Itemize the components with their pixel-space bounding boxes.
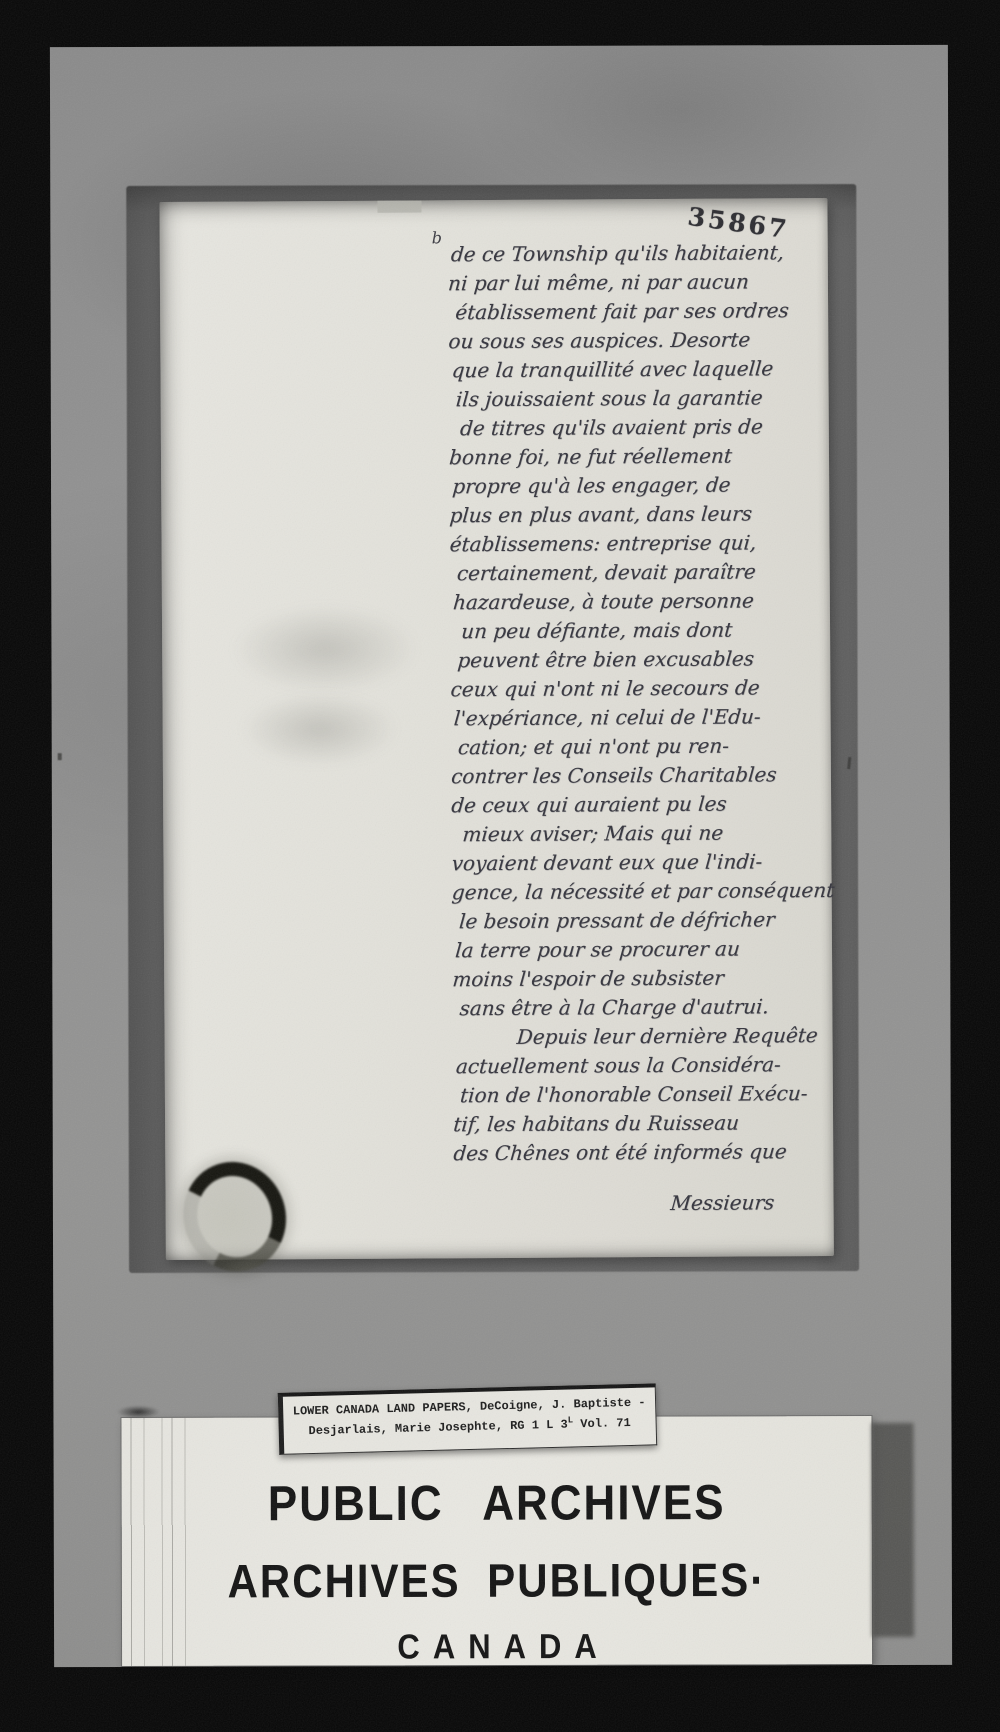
manuscript-line: tion de l'honorable Conseil Exécu- xyxy=(459,1079,835,1110)
archives-card-country: CANADA xyxy=(122,1626,872,1668)
tape-mark xyxy=(377,200,421,212)
manuscript-line: Depuis leur dernière Requête xyxy=(516,1021,835,1052)
manuscript-line: un peu défiante, mais dont xyxy=(460,615,832,646)
manuscript-closing-word: Messieurs xyxy=(670,1190,776,1215)
manuscript-line: établissemens: entreprise qui, xyxy=(449,528,832,559)
manuscript-line: bonne foi, ne fut réellement xyxy=(448,441,831,472)
manuscript-line: ils jouissaient sous la garantie xyxy=(455,383,831,414)
manuscript-line: moins l'espoir de subsister xyxy=(451,963,834,994)
photo-board: 35867 b de ce Township qu'ils habitaient… xyxy=(50,45,952,1667)
manuscript-line: actuellement sous la Considéra- xyxy=(455,1050,835,1081)
manuscript-line: que la tranquillité avec laquelle xyxy=(451,354,831,385)
manuscript-line: mieux aviser; Mais qui ne xyxy=(461,818,833,849)
manuscript-line: ou sous ses auspices. Desorte xyxy=(447,325,830,356)
manuscript-line: établissement fait par ses ordres xyxy=(454,296,830,327)
manuscript-page: 35867 b de ce Township qu'ils habitaient… xyxy=(159,198,833,1260)
catalog-label: LOWER CANADA LAND PAPERS, DeCoigne, J. B… xyxy=(278,1383,657,1455)
microfilm-frame: 35867 b de ce Township qu'ils habitaient… xyxy=(0,0,1000,1732)
manuscript-line: sans être à la Charge d'autrui. xyxy=(458,992,834,1023)
manuscript-text: de ce Township qu'ils habitaient,ni par … xyxy=(447,238,834,1168)
manuscript-line: ni par lui même, ni par aucun xyxy=(447,267,830,298)
manuscript-line: hazardeuse, à toute personne xyxy=(452,586,832,617)
manuscript-line: gence, la nécessité et par conséquent xyxy=(451,876,834,907)
manuscript-line: de ce Township qu'ils habitaient, xyxy=(450,238,830,269)
manuscript-line: certainement, devait paraître xyxy=(456,557,832,588)
manuscript-line: des Chênes ont été informés que xyxy=(452,1137,835,1168)
card-shadow xyxy=(871,1423,914,1637)
manuscript-line: cation; et qui n'ont pu ren- xyxy=(457,731,833,762)
manuscript-line: plus en plus avant, dans leurs xyxy=(448,499,831,530)
manuscript-line: l'expériance, ni celui de l'Edu- xyxy=(453,702,833,733)
archives-card-title-fr: ARCHIVES PUBLIQUES· xyxy=(122,1553,872,1609)
manuscript-line: propre qu'à les engager, de xyxy=(451,470,831,501)
manuscript-line: de titres qu'ils avaient pris de xyxy=(459,412,831,443)
catalog-reference-prefix: Desjarlais, Marie Josephte, RG 1 L 3 xyxy=(308,1418,568,1439)
manuscript-line: ceux qui n'ont ni le secours de xyxy=(450,673,833,704)
manuscript-line: de ceux qui auraient pu les xyxy=(450,789,833,820)
manuscript-line: la terre pour se procurer au xyxy=(454,934,834,965)
page-corner-mark: b xyxy=(432,228,442,247)
dust-speck xyxy=(58,753,62,760)
card-corner-smudge xyxy=(111,1404,165,1420)
manuscript-line: peuvent être bien excusables xyxy=(456,644,832,675)
catalog-reference-suffix: Vol. 71 xyxy=(573,1416,631,1431)
manuscript-line: voyaient devant eux que l'indi- xyxy=(451,847,834,878)
ink-bleed-smudge xyxy=(200,588,451,710)
manuscript-line: le besoin pressant de défricher xyxy=(458,905,834,936)
manuscript-line: contrer les Conseils Charitables xyxy=(450,760,833,791)
ink-bleed-smudge xyxy=(214,678,425,779)
manuscript-line: tif, les habitans du Ruisseau xyxy=(452,1108,835,1139)
archives-title-card: PUBLIC ARCHIVES ARCHIVES PUBLIQUES· CANA… xyxy=(121,1416,872,1666)
archives-card-title-en: PUBLIC ARCHIVES xyxy=(122,1475,872,1533)
